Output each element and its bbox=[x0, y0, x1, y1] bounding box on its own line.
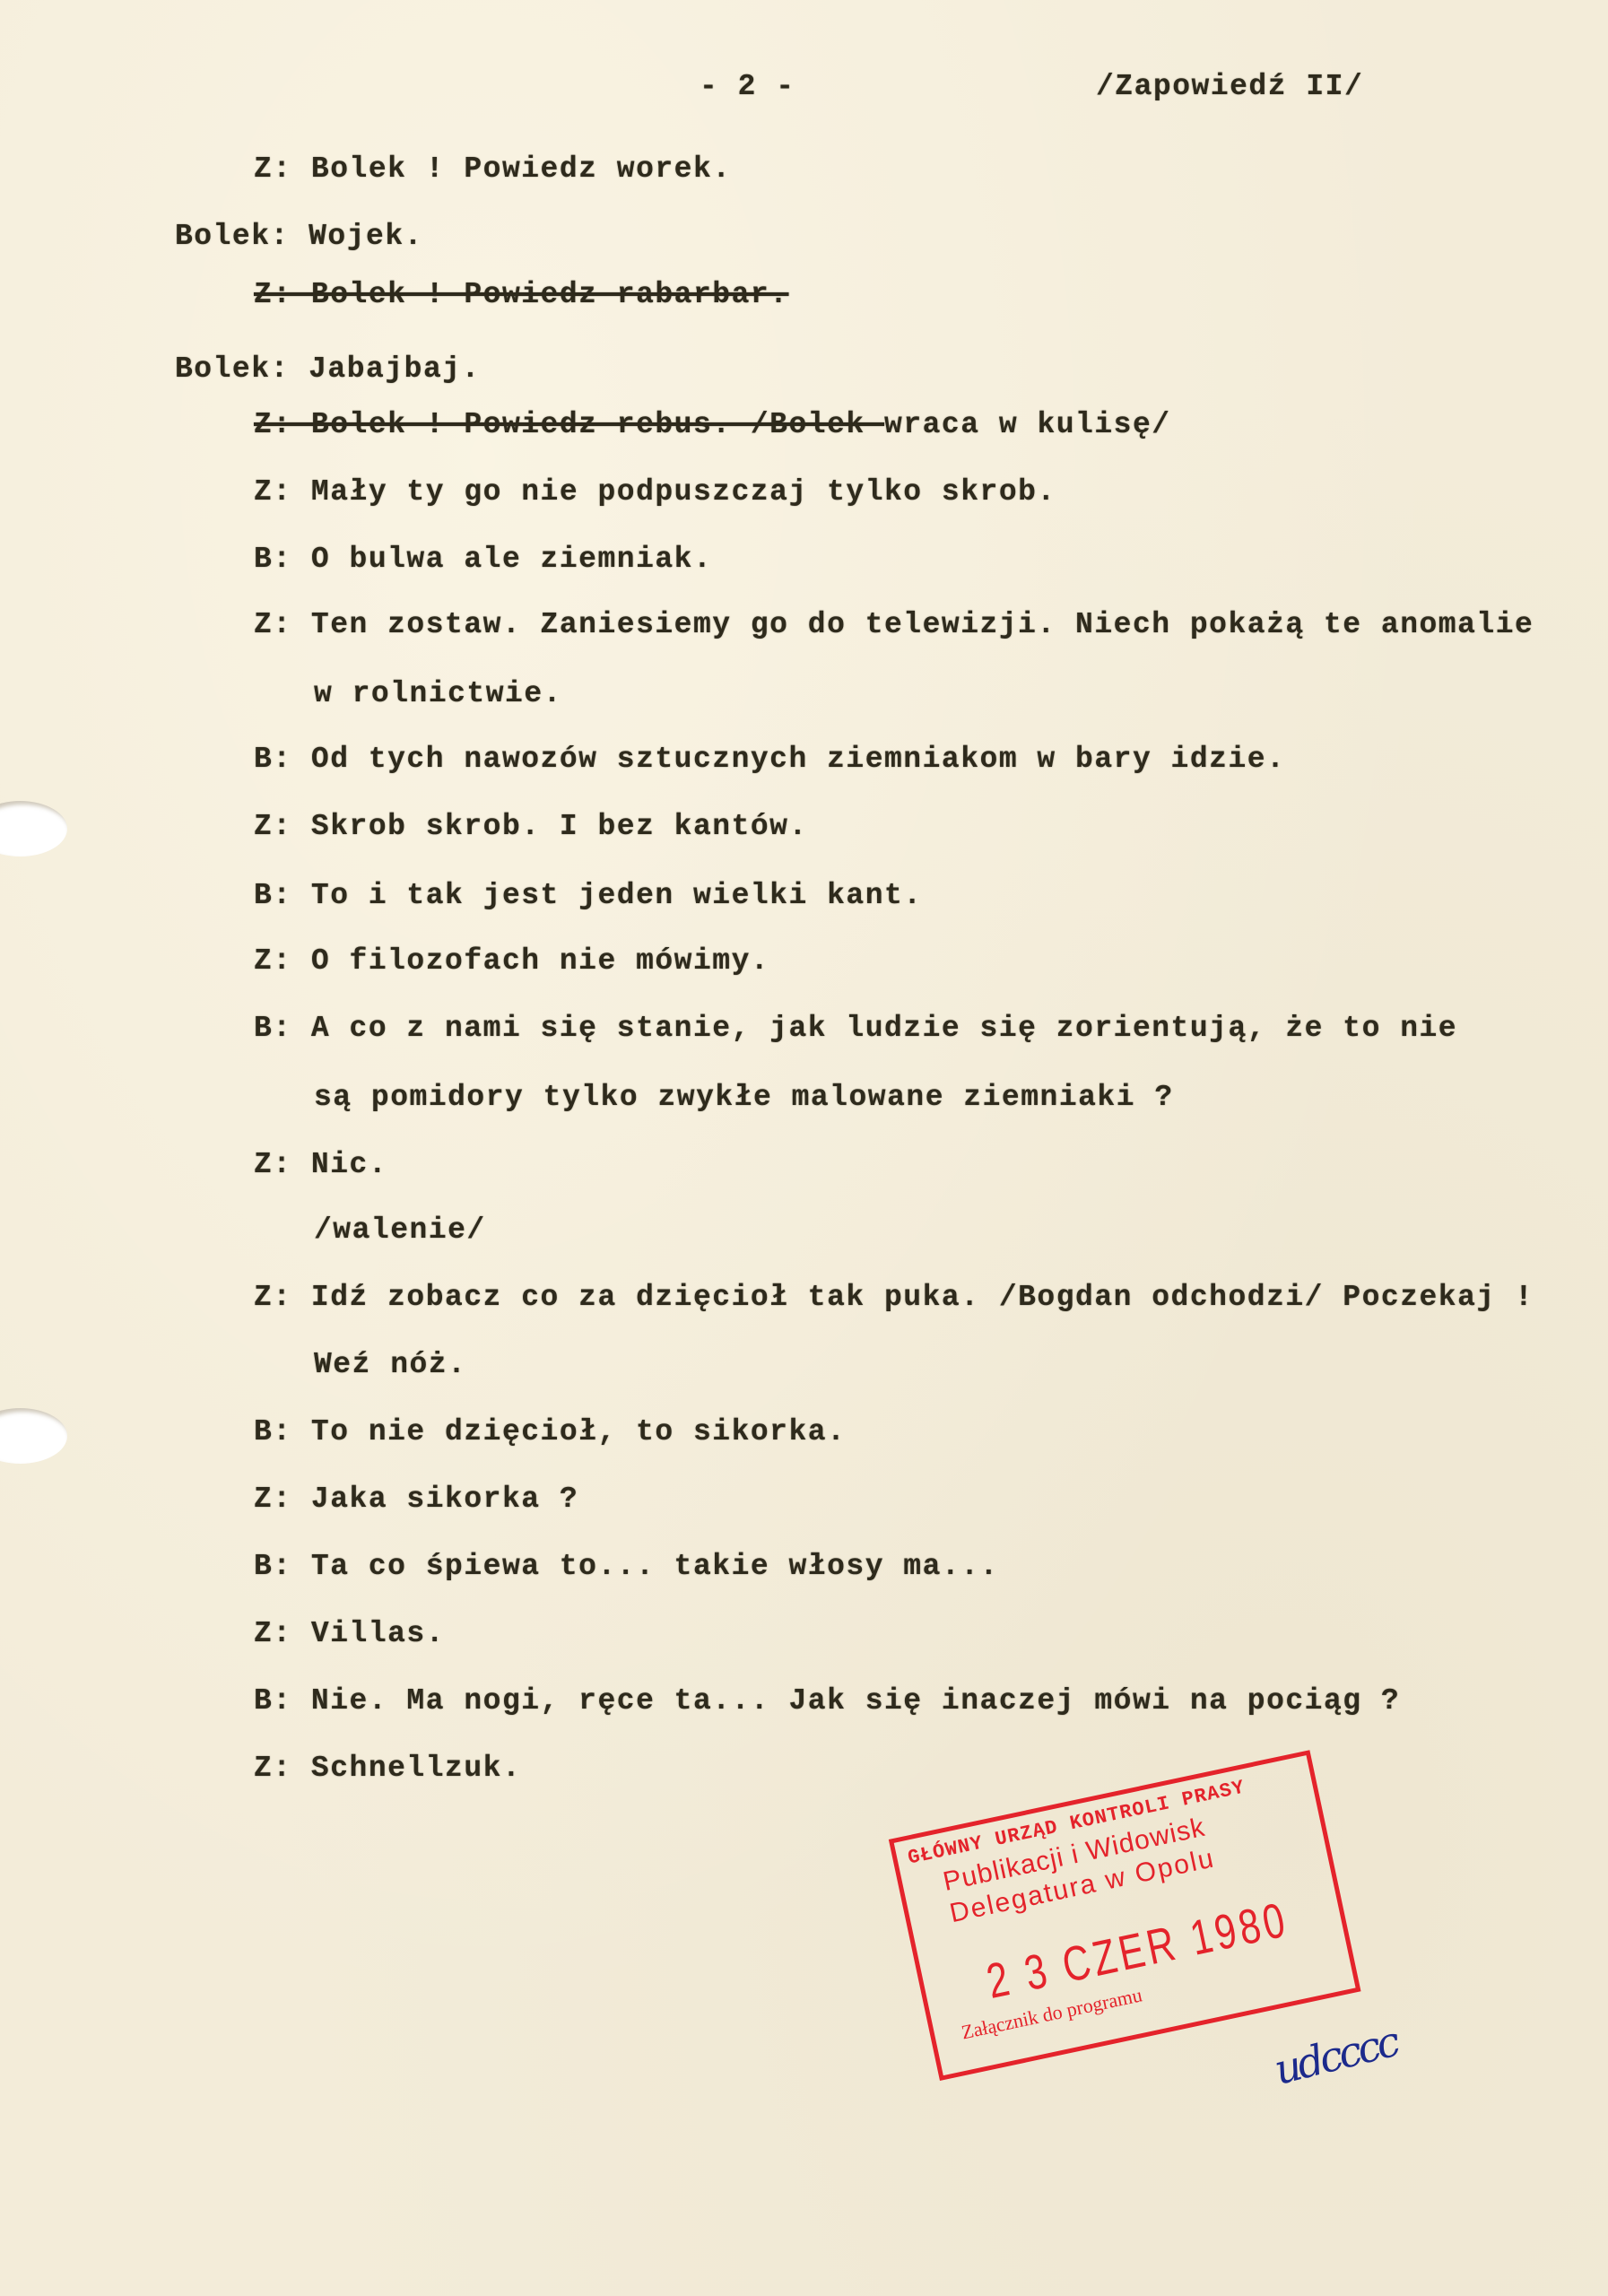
script-line: Z: Villas. bbox=[254, 1617, 445, 1650]
script-line: Bolek: Jabajbaj. bbox=[175, 352, 481, 386]
struck-part: Z: Bolek ! Powiedz rebus. /Bolek bbox=[254, 408, 884, 441]
document-title: /Zapowiedź II/ bbox=[1096, 70, 1363, 103]
script-line: Z: Mały ty go nie podpuszczaj tylko skro… bbox=[254, 475, 1056, 509]
script-line: Z: Skrob skrob. I bez kantów. bbox=[254, 810, 808, 843]
script-line: B: Ta co śpiewa to... takie włosy ma... bbox=[254, 1550, 999, 1583]
page-number: - 2 - bbox=[700, 70, 795, 103]
script-line: Z: Idź zobacz co za dzięcioł tak puka. /… bbox=[254, 1281, 1534, 1314]
script-line: Z: O filozofach nie mówimy. bbox=[254, 944, 769, 978]
script-line-continuation: są pomidory tylko zwykłe malowane ziemni… bbox=[314, 1081, 1174, 1114]
script-line: B: Nie. Ma nogi, ręce ta... Jak się inac… bbox=[254, 1684, 1400, 1718]
script-line: Z: Jaka sikorka ? bbox=[254, 1483, 578, 1516]
script-line: B: Od tych nawozów sztucznych ziemniakom… bbox=[254, 743, 1285, 776]
script-line: Z: Nic. bbox=[254, 1148, 387, 1181]
stage-direction: /walenie/ bbox=[314, 1213, 486, 1247]
signature: udcccc bbox=[1270, 2017, 1402, 2094]
script-line: B: A co z nami się stanie, jak ludzie si… bbox=[254, 1012, 1457, 1045]
script-line: B: To i tak jest jeden wielki kant. bbox=[254, 879, 923, 912]
stage-direction: wraca w kulisę/ bbox=[884, 408, 1171, 441]
script-line: Z: Ten zostaw. Zaniesiemy go do telewizj… bbox=[254, 608, 1534, 641]
punch-hole bbox=[0, 801, 67, 857]
document-page: - 2 - /Zapowiedź II/ Z: Bolek ! Powiedz … bbox=[0, 0, 1608, 2296]
punch-hole bbox=[0, 1408, 67, 1464]
script-line-struck: Z: Bolek ! Powiedz rabarbar. bbox=[254, 278, 789, 311]
script-line: Z: Bolek ! Powiedz worek. bbox=[254, 152, 732, 186]
script-line-continuation: Weź nóż. bbox=[314, 1348, 466, 1381]
censorship-stamp: GŁÓWNY URZĄD KONTROLI PRASY Publikacji i… bbox=[889, 1750, 1361, 2081]
script-line: Z: Schnellzuk. bbox=[254, 1752, 521, 1785]
script-line: B: O bulwa ale ziemniak. bbox=[254, 543, 712, 576]
script-line: B: To nie dzięcioł, to sikorka. bbox=[254, 1415, 846, 1448]
script-line-partial-struck: Z: Bolek ! Powiedz rebus. /Bolek wraca w… bbox=[254, 408, 1171, 441]
script-line: Bolek: Wojek. bbox=[175, 220, 423, 253]
script-line-continuation: w rolnictwie. bbox=[314, 677, 562, 710]
